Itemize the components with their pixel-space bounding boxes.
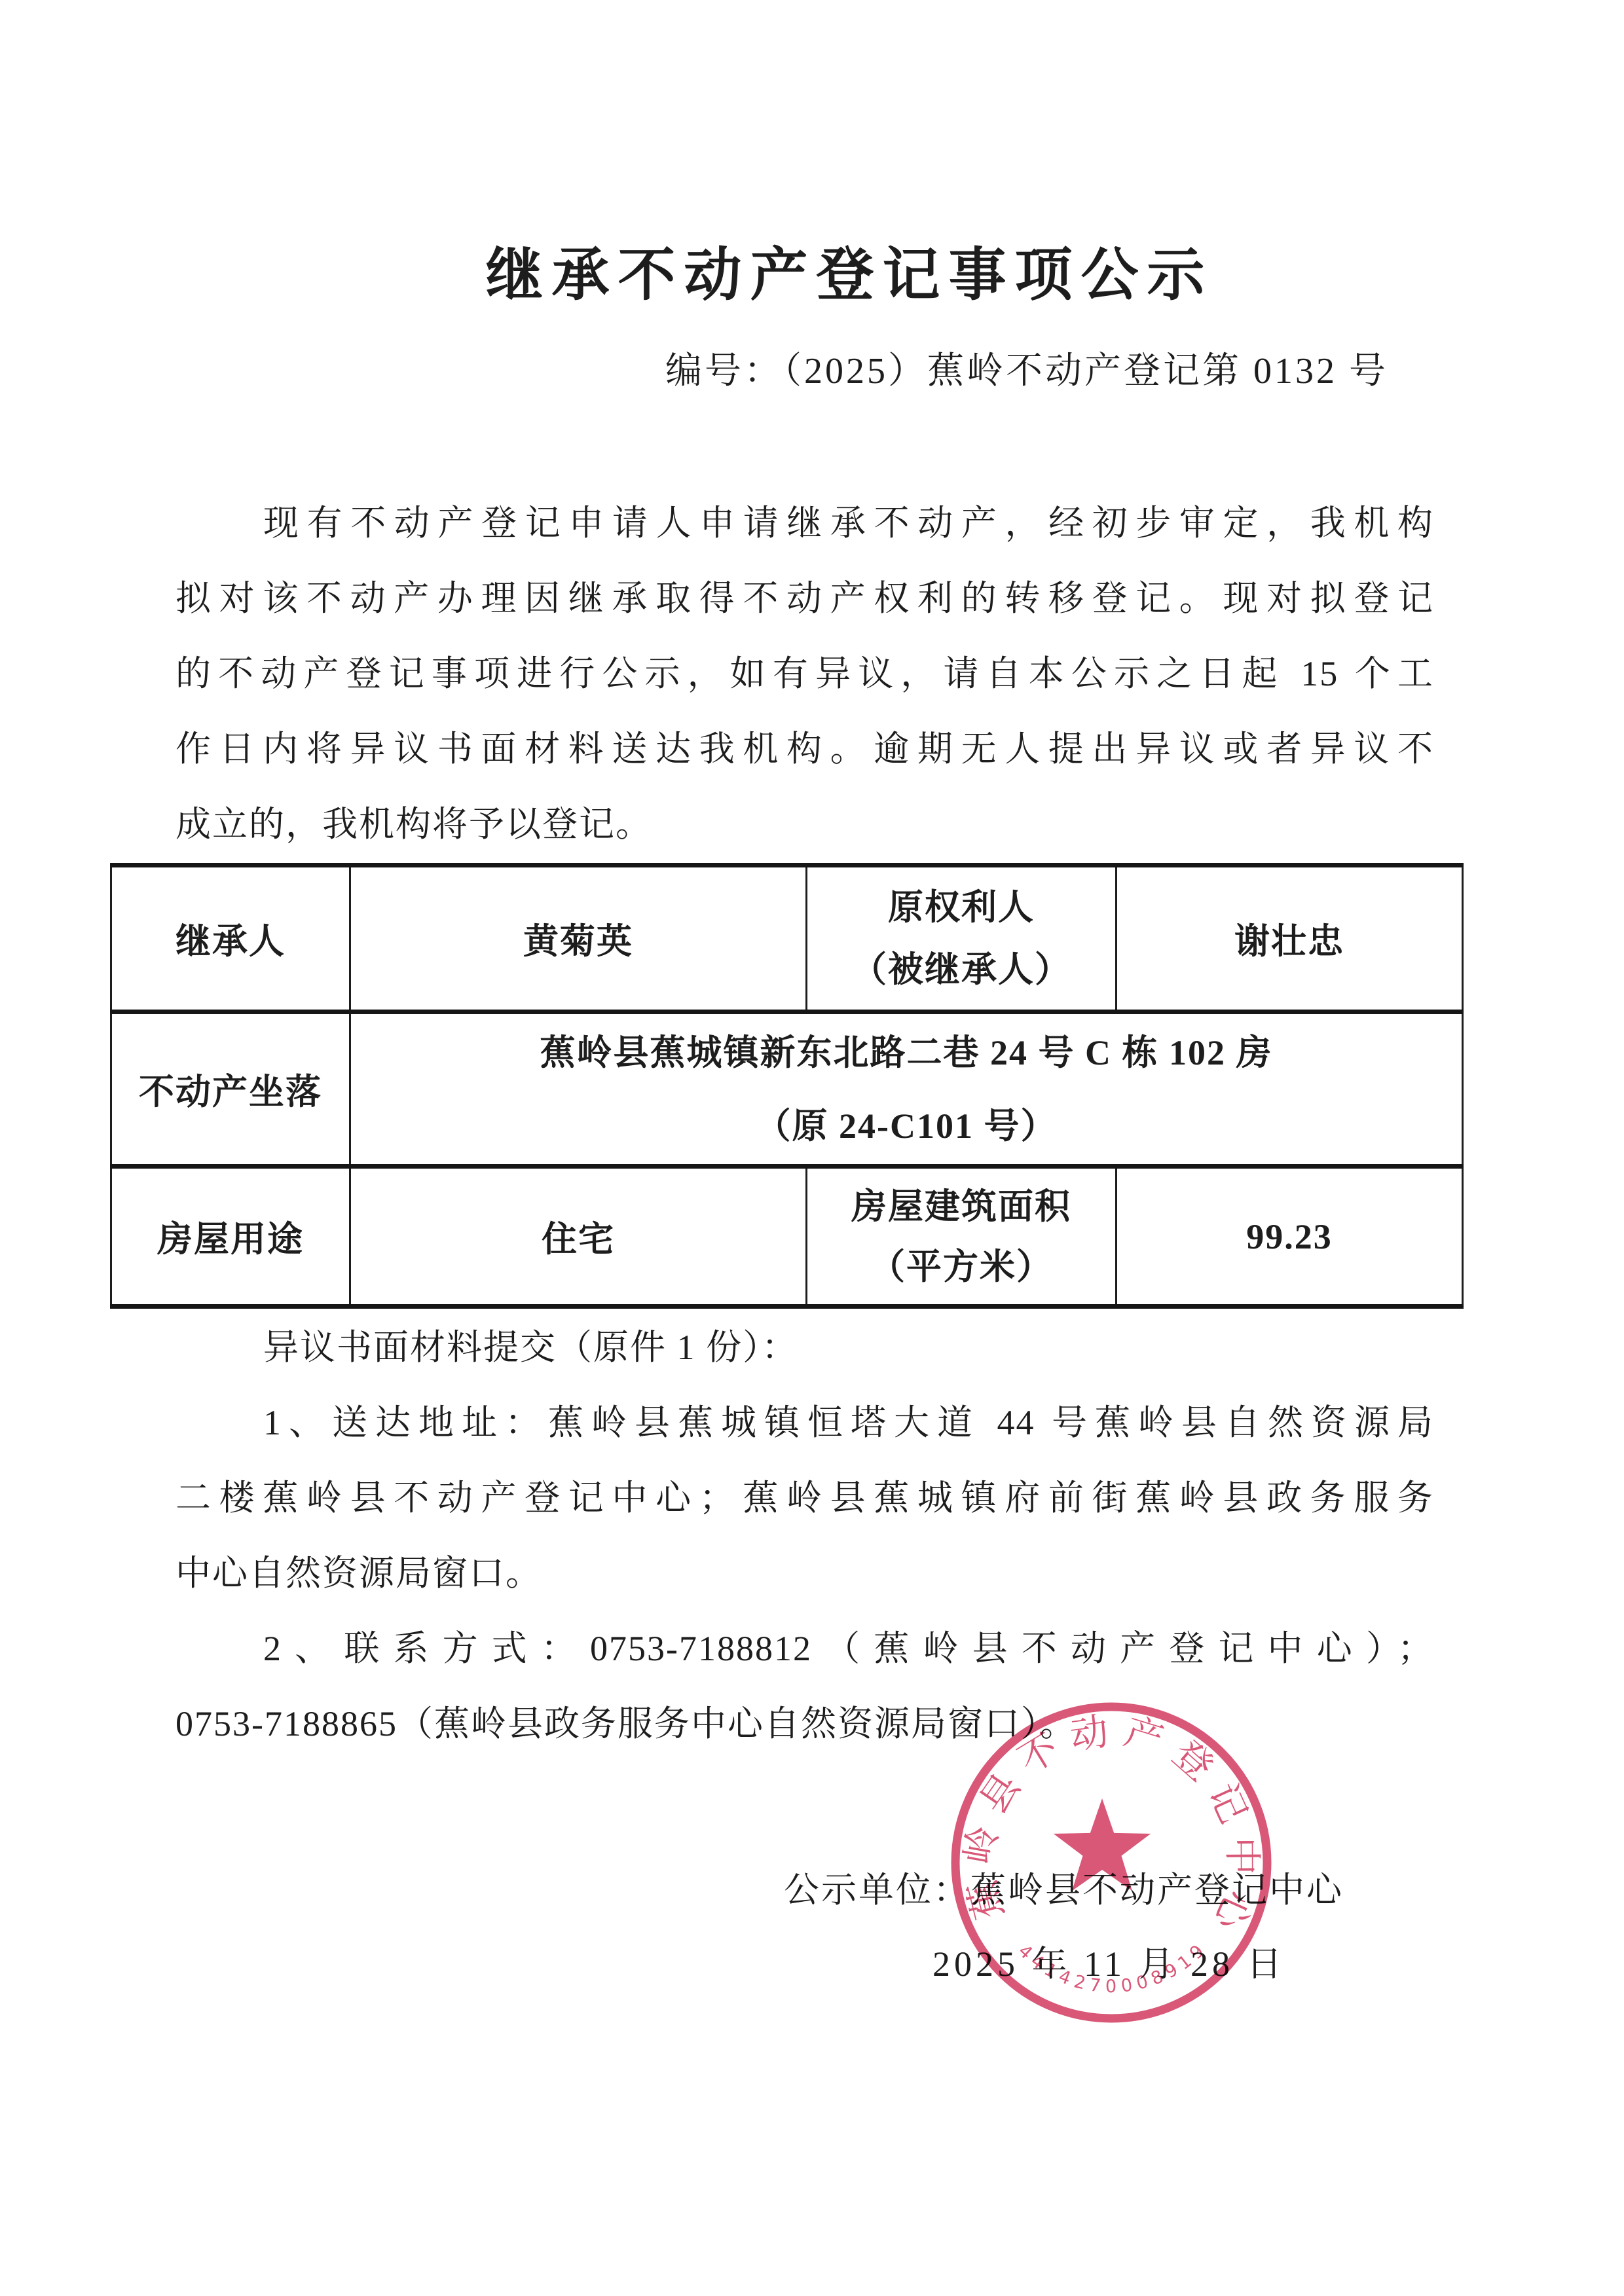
page-title: 继承不动产登记事项公示: [0, 242, 1624, 308]
submission-paragraph: 异议书面材料提交（原件 1 份）： 1、送达地址：蕉岭县蕉城镇恒塔大道 44 号…: [175, 1310, 1434, 1762]
original-holder-label-cell: 原权利人 （被继承人）: [807, 866, 1116, 1012]
table-row-location: 不动产坐落 蕉岭县蕉城镇新东北路二巷 24 号 C 栋 102 房 （原 24-…: [111, 1012, 1463, 1167]
location-line1: 蕉岭县蕉城镇新东北路二巷 24 号 C 栋 102 房: [351, 1016, 1462, 1089]
submission-line: 0753-7188865（蕉岭县政务服务中心自然资源局窗口）。: [175, 1686, 1434, 1762]
intro-paragraph: 现有不动产登记申请人申请继承不动产，经初步审定，我机构 拟对该不动产办理因继承取…: [175, 486, 1434, 862]
heir-label-cell: 继承人: [111, 866, 350, 1012]
submission-line: 二楼蕉岭县不动产登记中心；蕉岭县蕉城镇府前街蕉岭县政务服务: [175, 1461, 1434, 1536]
original-holder-name-cell: 谢壮忠: [1116, 866, 1463, 1012]
original-holder-label-line1: 原权利人: [807, 877, 1115, 939]
area-label-line1: 房屋建筑面积: [807, 1176, 1115, 1237]
publisher-line: 公示单位：蕉岭县不动产登记中心: [784, 1857, 1344, 1923]
document-number: 编号：（2025）蕉岭不动产登记第 0132 号: [175, 350, 1388, 393]
submission-line: 中心自然资源局窗口。: [175, 1536, 1434, 1611]
table-row-usage: 房屋用途 住宅 房屋建筑面积 （平方米） 99.23: [111, 1167, 1463, 1307]
heir-name-cell: 黄菊英: [350, 866, 807, 1012]
public-notice-document: { "page": { "background": "#ffffff", "in…: [0, 0, 1624, 2296]
intro-line: 拟对该不动产办理因继承取得不动产权利的转移登记。现对拟登记: [175, 561, 1434, 636]
usage-label-cell: 房屋用途: [111, 1167, 350, 1307]
location-value-cell: 蕉岭县蕉城镇新东北路二巷 24 号 C 栋 102 房 （原 24-C101 号…: [350, 1012, 1463, 1167]
date-line: 2025 年 11 月 28 日: [932, 1931, 1286, 1997]
area-label-cell: 房屋建筑面积 （平方米）: [807, 1167, 1116, 1307]
intro-line: 现有不动产登记申请人申请继承不动产，经初步审定，我机构: [175, 486, 1434, 561]
area-label-line2: （平方米）: [807, 1237, 1115, 1297]
intro-line: 的不动产登记事项进行公示，如有异议，请自本公示之日起 15 个工: [175, 636, 1434, 712]
submission-line: 1、送达地址：蕉岭县蕉城镇恒塔大道 44 号蕉岭县自然资源局: [175, 1385, 1434, 1461]
submission-line: 异议书面材料提交（原件 1 份）：: [175, 1310, 1434, 1385]
submission-line: 2、联系方式：0753-7188812（蕉岭县不动产登记中心）；: [175, 1611, 1434, 1686]
intro-line: 成立的，我机构将予以登记。: [175, 787, 1434, 862]
area-value-cell: 99.23: [1116, 1167, 1463, 1307]
location-label-cell: 不动产坐落: [111, 1012, 350, 1167]
usage-value-cell: 住宅: [350, 1167, 807, 1307]
intro-line: 作日内将异议书面材料送达我机构。逾期无人提出异议或者异议不: [175, 712, 1434, 787]
original-holder-label-line2: （被继承人）: [807, 939, 1115, 1001]
table-row-parties: 继承人 黄菊英 原权利人 （被继承人） 谢壮忠: [111, 866, 1463, 1012]
registration-table: 继承人 黄菊英 原权利人 （被继承人） 谢壮忠 不动产坐落 蕉岭县蕉城镇新东北路…: [110, 863, 1464, 1309]
location-line2: （原 24-C101 号）: [351, 1089, 1462, 1163]
